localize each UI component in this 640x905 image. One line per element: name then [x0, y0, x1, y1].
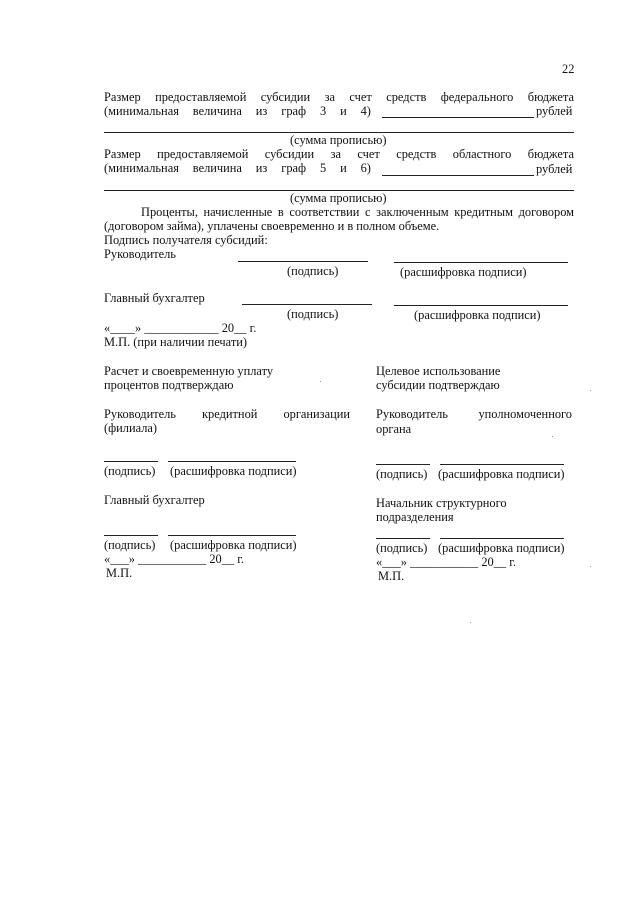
recipient-head-signature-field[interactable]: [238, 261, 368, 262]
word: (минимальная: [104, 161, 179, 175]
right-unit-head-decoding-caption: (расшифровка подписи): [438, 541, 564, 555]
word: предоставляемой: [155, 90, 246, 104]
left-confirm-line2: процентов подтверждаю: [104, 378, 233, 392]
word: субсидии: [265, 147, 314, 161]
federal-amount-words-caption: (сумма прописью): [290, 133, 387, 147]
right-unit-head-signature-caption: (подпись): [376, 541, 427, 555]
word: организации: [283, 407, 350, 421]
federal-subsidy-line2: (минимальная величина из граф 3 и 4): [104, 104, 371, 118]
scan-speck: [470, 622, 471, 623]
right-head-title-line2: органа: [376, 422, 411, 436]
recipient-stamp-label: М.П. (при наличии печати): [104, 335, 247, 349]
scan-speck: [590, 566, 591, 567]
recipient-head-label: Руководитель: [104, 247, 176, 261]
right-unit-head-decoding-field[interactable]: [440, 538, 564, 539]
scan-speck: [552, 436, 553, 437]
regional-amount-field[interactable]: [382, 175, 534, 176]
word: бюджета: [528, 147, 574, 161]
regional-currency-label: рублей: [536, 162, 572, 176]
left-date-line[interactable]: «___» ___________ 20__ г.: [104, 552, 244, 566]
right-date-line[interactable]: «___» ___________ 20__ г.: [376, 555, 516, 569]
left-head-title-line1: Руководитель кредитной организации: [104, 407, 350, 421]
word: 4): [361, 104, 371, 118]
recipient-signature-heading: Подпись получателя субсидий:: [104, 233, 268, 247]
interest-statement-line2: (договором займа), уплачены своевременно…: [104, 219, 439, 233]
right-stamp-label: М.П.: [378, 569, 404, 583]
word: из: [256, 161, 268, 175]
word: Размер: [104, 147, 141, 161]
recipient-accountant-label: Главный бухгалтер: [104, 291, 205, 305]
right-head-signature-caption: (подпись): [376, 467, 427, 481]
word: Руководитель: [104, 407, 176, 421]
word: величина: [193, 161, 242, 175]
regional-subsidy-line1: Размер предоставляемой субсидии за счет …: [104, 147, 574, 161]
word: величина: [193, 104, 242, 118]
word: 5: [320, 161, 326, 175]
interest-statement-line1: Проценты, начисленные в соответствии с з…: [104, 205, 574, 219]
recipient-date-line[interactable]: «____» ____________ 20__ г.: [104, 321, 256, 335]
right-confirm-line1: Целевое использование: [376, 364, 500, 378]
right-confirm-line2: субсидии подтверждаю: [376, 378, 500, 392]
left-accountant-signature-field[interactable]: [104, 535, 158, 536]
federal-subsidy-line1: Размер предоставляемой субсидии за счет …: [104, 90, 574, 104]
right-head-title-line1: Руководитель уполномоченного: [376, 407, 572, 421]
word: бюджета: [528, 90, 574, 104]
word: Размер: [104, 90, 141, 104]
word: граф: [281, 104, 306, 118]
word: 6): [361, 161, 371, 175]
word: за: [331, 147, 341, 161]
right-unit-head-line2: подразделения: [376, 510, 454, 524]
word: федерального: [441, 90, 514, 104]
word: областного: [453, 147, 512, 161]
right-head-decoding-caption: (расшифровка подписи): [438, 467, 564, 481]
word: и: [340, 104, 347, 118]
word: и: [340, 161, 347, 175]
word: из: [256, 104, 268, 118]
federal-amount-field[interactable]: [382, 117, 534, 118]
word: за: [325, 90, 335, 104]
left-head-decoding-caption: (расшифровка подписи): [170, 464, 296, 478]
left-accountant-decoding-caption: (расшифровка подписи): [170, 538, 296, 552]
word: субсидии: [261, 90, 310, 104]
word: предоставляемой: [157, 147, 248, 161]
recipient-head-signature-caption: (подпись): [287, 264, 338, 278]
word: Руководитель: [376, 407, 448, 421]
page-number: 22: [562, 62, 574, 76]
right-unit-head-line1: Начальник структурного: [376, 496, 507, 510]
left-head-title-line2: (филиала): [104, 421, 157, 435]
word: 3: [320, 104, 326, 118]
recipient-head-decoding-field[interactable]: [394, 262, 568, 263]
right-head-signature-field[interactable]: [376, 464, 430, 465]
recipient-accountant-decoding-field[interactable]: [394, 305, 568, 306]
word: граф: [281, 161, 306, 175]
recipient-head-decoding-caption: (расшифровка подписи): [400, 265, 526, 279]
left-head-signature-field[interactable]: [104, 461, 158, 462]
right-head-decoding-field[interactable]: [440, 464, 564, 465]
recipient-accountant-signature-caption: (подпись): [287, 307, 338, 321]
word: счет: [357, 147, 379, 161]
recipient-accountant-signature-field[interactable]: [242, 304, 372, 305]
word: средств: [396, 147, 436, 161]
word: (минимальная: [104, 104, 179, 118]
right-unit-head-signature-field[interactable]: [376, 538, 430, 539]
left-accountant-label: Главный бухгалтер: [104, 493, 205, 507]
word: уполномоченного: [478, 407, 572, 421]
scan-speck: [590, 390, 591, 391]
left-confirm-line1: Расчет и своевременную уплату: [104, 364, 273, 378]
recipient-accountant-decoding-caption: (расшифровка подписи): [414, 308, 540, 322]
left-accountant-decoding-field[interactable]: [168, 535, 296, 536]
regional-subsidy-line2: (минимальная величина из граф 5 и 6): [104, 161, 371, 175]
left-head-signature-caption: (подпись): [104, 464, 155, 478]
federal-currency-label: рублей: [536, 104, 572, 118]
left-head-decoding-field[interactable]: [168, 461, 296, 462]
word: кредитной: [202, 407, 257, 421]
word: средств: [386, 90, 426, 104]
word: счет: [349, 90, 371, 104]
regional-amount-words-caption: (сумма прописью): [290, 191, 387, 205]
left-accountant-signature-caption: (подпись): [104, 538, 155, 552]
scan-speck: [320, 381, 321, 382]
left-stamp-label: М.П.: [106, 566, 132, 580]
